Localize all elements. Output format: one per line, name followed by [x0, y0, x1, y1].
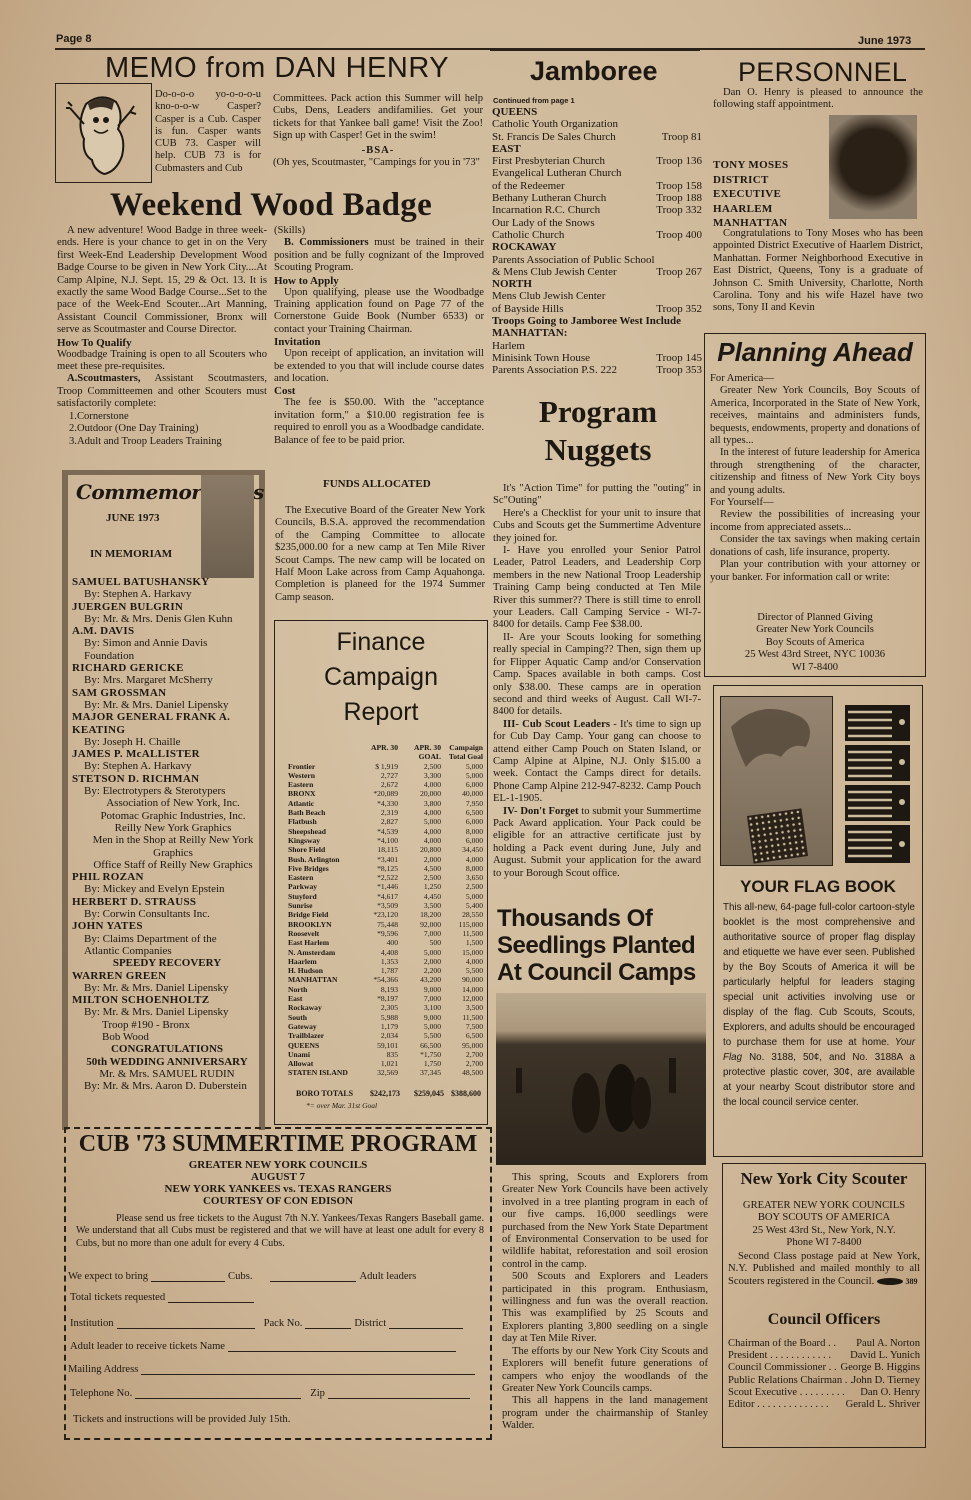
- district-name: Allowat: [288, 1059, 358, 1068]
- jamboree-troop-line: Catholic ChurchTroop 400: [492, 229, 702, 241]
- campaign-goal: 95,000: [441, 1041, 483, 1050]
- cub-form-footer: Tickets and instructions will be provide…: [73, 1414, 290, 1425]
- memorial-by: By: Joseph H. Chaille: [72, 736, 262, 748]
- sponsor-name: NORTH: [492, 278, 532, 290]
- officer-role: Editor . . . . . . . . . . . . . .: [728, 1399, 829, 1411]
- finance-table-row: Sunrise*3,5093,5005,400: [288, 901, 483, 910]
- troop-number: Troop 332: [656, 204, 702, 216]
- jamboree-troop-list: QUEENSCatholic Youth OrganizationSt. Fra…: [492, 106, 702, 377]
- finance-table-row: East Harlem4005001,500: [288, 938, 483, 947]
- req-item: 1.Cornerstone: [57, 411, 267, 423]
- jamboree-troop-line: & Mens Club Jewish CenterTroop 267: [492, 266, 702, 278]
- memorial-name: JAMES P. McALLISTER: [72, 748, 262, 760]
- nuggets-p5-lead: III- Cub Scout Leaders: [503, 719, 610, 730]
- planning-p5: Plan your contribution with your attorne…: [710, 559, 920, 584]
- apr30-amount: *4,617: [358, 892, 398, 901]
- subtitle-line: COURTESY OF CON EDISON: [64, 1195, 492, 1207]
- issue-date: June 1973: [858, 35, 911, 47]
- council-officers-title: Council Officers: [722, 1311, 926, 1329]
- finance-table-row: Parkway*1,4461,2502,500: [288, 882, 483, 891]
- finance-table-row: Frontier$ 1,9192,5005,000: [288, 762, 483, 771]
- officer-row: Council Commissioner . . . . . . .George…: [728, 1362, 920, 1374]
- sponsor-name: Harlem: [492, 340, 525, 352]
- troop-number: Troop 81: [662, 131, 702, 143]
- district-name: North: [288, 985, 358, 994]
- district-name: Trailblazer: [288, 1031, 358, 1040]
- apr30-goal: 18,200: [398, 910, 441, 919]
- memorial-by: By: Stephen A. Harkavy: [72, 760, 262, 772]
- campaign-goal: 15,000: [441, 948, 483, 957]
- campaign-goal: 1,500: [441, 938, 483, 947]
- apr30-amount: 2,727: [358, 771, 398, 780]
- apr30-goal: 5,000: [398, 817, 441, 826]
- district-name: Parkway: [288, 882, 358, 891]
- apr30-goal: 5,000: [398, 948, 441, 957]
- jamboree-troop-line: First Presbyterian ChurchTroop 136: [492, 155, 702, 167]
- program-nuggets-title: Program Nuggets: [492, 393, 704, 469]
- memorial-by: Foundation: [72, 650, 262, 662]
- officer-name: Dan O. Henry: [860, 1387, 920, 1399]
- memo-title: MEMO from DAN HENRY: [105, 52, 449, 85]
- bring-label: We expect to bring: [68, 1271, 148, 1282]
- sponsor-name: Minisink Town House: [492, 352, 590, 364]
- sponsor-name: ROCKAWAY: [492, 241, 556, 253]
- jamboree-section-heading: QUEENS: [492, 106, 702, 118]
- jamboree-troop-line: of Bayside HillsTroop 352: [492, 303, 702, 315]
- woodbadge-intro: A new adventure! Wood Badge in three wee…: [57, 225, 267, 337]
- nuggets-p6: IV- Don't Forget to submit your Summerti…: [493, 806, 701, 880]
- apr30-amount: 32,569: [358, 1068, 398, 1077]
- memorial-by: Association of New York, Inc.: [72, 797, 262, 809]
- apr30-goal: 2,000: [398, 855, 441, 864]
- cubs-label: Cubs.: [228, 1271, 252, 1282]
- apr30-amount: *3,401: [358, 855, 398, 864]
- apr30-amount: 59,101: [358, 1041, 398, 1050]
- address-line: 25 West 43rd Street, NYC 10036: [704, 649, 926, 661]
- apr30-goal: 1,750: [398, 1059, 441, 1068]
- sponsor-name: Troops Going to Jamboree West Include: [492, 315, 681, 327]
- officer-role: President . . . . . . . . . . . .: [728, 1350, 831, 1362]
- campaign-goal: 14,000: [441, 985, 483, 994]
- troop-number: Troop 188: [656, 192, 702, 204]
- cost-heading: Cost: [274, 385, 484, 397]
- subtitle-line: NEW YORK YANKEES vs. TEXAS RANGERS: [64, 1183, 492, 1195]
- officer-row: Public Relations Chairman . . . . .John …: [728, 1375, 920, 1387]
- address-line: Phone WI 7-8400: [722, 1237, 926, 1249]
- campaign-goal: 6,000: [441, 817, 483, 826]
- finance-table-row: East*8,1977,00012,000: [288, 994, 483, 1003]
- nuggets-title-line: Program: [492, 393, 704, 431]
- sponsor-name: Bethany Lutheran Church: [492, 192, 606, 204]
- campaign-goal: 34,450: [441, 845, 483, 854]
- jamboree-section-heading: NORTH: [492, 278, 702, 290]
- sponsor-name: & Mens Club Jewish Center: [492, 266, 617, 278]
- campaign-goal: 5,400: [441, 901, 483, 910]
- officer-role: Council Commissioner . . . . . . .: [728, 1362, 840, 1374]
- apr30-amount: 2,319: [358, 808, 398, 817]
- cub-program-subtitle: GREATER NEW YORK COUNCILS AUGUST 7 NEW Y…: [64, 1159, 492, 1207]
- planning-ahead-body: For America— Greater New York Councils, …: [710, 373, 920, 584]
- apr30-goal: 43,200: [398, 975, 441, 984]
- program-nuggets-body: It's "Action Time" for putting the "outi…: [493, 483, 701, 880]
- jamboree-troop-line: of the RedeemerTroop 158: [492, 180, 702, 192]
- scouts-figures-icon: [496, 993, 706, 1165]
- finance-table-row: Shore Field18,11520,80034,450: [288, 845, 483, 854]
- finance-table-row: Eastern2,6724,0006,000: [288, 780, 483, 789]
- jamboree-section-heading: ROCKAWAY: [492, 241, 702, 253]
- col-header: Campaign Total Goal: [441, 743, 483, 762]
- campaign-goal: 6,000: [441, 836, 483, 845]
- troop-number: Troop 145: [656, 352, 702, 364]
- apr30-amount: *20,089: [358, 789, 398, 798]
- finance-table-row: QUEENS59,10166,50095,000: [288, 1041, 483, 1050]
- sponsor-name: MANHATTAN:: [492, 327, 567, 339]
- memorial-by: By: Corwin Consultants Inc.: [72, 908, 262, 920]
- campaign-goal: 115,000: [441, 920, 483, 929]
- troop-number: Troop 353: [656, 364, 702, 376]
- union-number: 389: [906, 1277, 918, 1286]
- officer-row: President . . . . . . . . . . . .David L…: [728, 1350, 920, 1362]
- apr30-goal: 92,000: [398, 920, 441, 929]
- total-tickets-input[interactable]: [168, 1292, 254, 1303]
- finance-table-row: Bridge Field*23,12018,20028,550: [288, 910, 483, 919]
- apr30-goal: 3,100: [398, 1003, 441, 1012]
- officer-row: Scout Executive . . . . . . . . .Dan O. …: [728, 1387, 920, 1399]
- officer-name: John D. Tierney: [852, 1375, 920, 1387]
- cub-program-title: CUB '73 SUMMERTIME PROGRAM: [64, 1131, 492, 1158]
- campaign-goal: 12,000: [441, 994, 483, 1003]
- campaign-goal: 90,000: [441, 975, 483, 984]
- apr30-amount: *54,366: [358, 975, 398, 984]
- woodbadge-column-1: A new adventure! Wood Badge in three wee…: [57, 225, 267, 448]
- apr30-goal: 2,000: [398, 957, 441, 966]
- apr30-goal: 4,000: [398, 780, 441, 789]
- memorial-by: Potomac Graphic Industries, Inc.: [72, 810, 262, 822]
- jamboree-section-heading: MANHATTAN:: [492, 327, 702, 339]
- officer-row: Chairman of the Board . .Paul A. Norton: [728, 1338, 920, 1350]
- sponsor-name: Our Lady of the Snows: [492, 217, 595, 229]
- district-name: BRONX: [288, 789, 358, 798]
- apr30-goal: 2,500: [398, 762, 441, 771]
- seedlings-p2: 500 Scouts and Explorers and Leaders par…: [502, 1271, 708, 1345]
- apr30-amount: 1,353: [358, 957, 398, 966]
- recovery-by: Bob Wood: [72, 1031, 262, 1043]
- apr30-amount: 1,021: [358, 1059, 398, 1068]
- jamboree-troop-line: Harlem: [492, 340, 702, 352]
- campaign-goal: 4,000: [441, 855, 483, 864]
- jamboree-troop-line: Incarnation R.C. ChurchTroop 332: [492, 204, 702, 216]
- telephone-input[interactable]: [135, 1388, 301, 1399]
- finance-table-row: Bath Beach2,3194,0006,500: [288, 808, 483, 817]
- subtitle-line: GREATER NEW YORK COUNCILS: [64, 1159, 492, 1171]
- totals-campaign: $388,600: [444, 1089, 481, 1098]
- memorial-name: RICHARD GERICKE: [72, 662, 262, 674]
- bring-row: We expect to bring Cubs. Adult leaders: [68, 1271, 416, 1282]
- woodbadge-title: Weekend Wood Badge: [110, 187, 432, 224]
- appointee-line: TONY MOSES: [713, 158, 788, 173]
- campaign-goal: 40,000: [441, 789, 483, 798]
- officer-role: Public Relations Chairman . . . . .: [728, 1375, 852, 1387]
- apr30-goal: 20,800: [398, 845, 441, 854]
- nuggets-p4: II- Are your Scouts looking for somethin…: [493, 632, 701, 719]
- apr30-goal: 3,500: [398, 901, 441, 910]
- campaign-goal: 3,650: [441, 873, 483, 882]
- sponsor-name: Mens Club Jewish Center: [492, 290, 605, 302]
- memorial-by: By: Stephen A. Harkavy: [72, 588, 262, 600]
- req-item: 3.Adult and Troop Leaders Training: [57, 436, 267, 448]
- col-header: APR. 30 GOAL: [398, 743, 441, 762]
- finance-table-row: N. Amsterdam4,4085,00015,000: [288, 948, 483, 957]
- apr30-amount: *9,596: [358, 929, 398, 938]
- district-name: South: [288, 1013, 358, 1022]
- scouter-postage-text: Second Class postage paid at New York, N…: [728, 1251, 920, 1288]
- campaign-goal: 28,550: [441, 910, 483, 919]
- mailing-address-input[interactable]: [141, 1364, 475, 1375]
- finance-title-line: Finance: [274, 625, 488, 660]
- sponsor-name: Parents Association P.S. 222: [492, 364, 617, 376]
- finance-table-row: Eastern*2,5222,5003,650: [288, 873, 483, 882]
- address-line: Greater New York Councils: [704, 624, 926, 636]
- appointee-line: DISTRICT: [713, 173, 788, 188]
- cub-form-instructions: Please send us free tickets to the Augus…: [76, 1213, 484, 1250]
- memorial-name: STETSON D. RICHMAN: [72, 773, 262, 785]
- troop-number: Troop 136: [656, 155, 702, 167]
- planning-p2: In the interest of future leadership for…: [710, 447, 920, 497]
- district-name: BROOKLYN: [288, 920, 358, 929]
- sponsor-name: Catholic Church: [492, 229, 564, 241]
- totals-goal: $259,045: [400, 1089, 444, 1098]
- district-input[interactable]: [389, 1318, 463, 1329]
- jamboree-title: Jamboree: [530, 56, 658, 87]
- recovery-by: By: Mr. & Mrs. Daniel Lipensky: [72, 1006, 262, 1018]
- seedlings-p1: This spring, Scouts and Explorers from G…: [502, 1172, 708, 1271]
- nuggets-p1: It's "Action Time" for putting the "outi…: [493, 483, 701, 508]
- institution-input[interactable]: [117, 1318, 255, 1329]
- apr30-amount: *4,539: [358, 827, 398, 836]
- memorial-by: By: Mrs. Margaret McSherry: [72, 674, 262, 686]
- memorial-name: SAM GROSSMAN: [72, 687, 262, 699]
- jamboree-section-heading: Troops Going to Jamboree West Include: [492, 315, 702, 327]
- adult-leaders-input[interactable]: [270, 1271, 356, 1282]
- memorial-name: HERBERT D. STRAUSS: [72, 896, 262, 908]
- leader-row: Adult leader to receive tickets Name: [70, 1341, 459, 1352]
- leader-name-input[interactable]: [228, 1341, 456, 1352]
- zip-label: Zip: [310, 1388, 325, 1399]
- officer-name: Gerald L. Shriver: [846, 1399, 920, 1411]
- campaign-goal: 48,500: [441, 1068, 483, 1077]
- commemoratives-list: SAMUEL BATUSHANSKY By: Stephen A. Harkav…: [72, 576, 262, 1092]
- memorial-by: By: Mr. & Mrs. Daniel Lipensky: [72, 699, 262, 711]
- campaign-goal: 4,000: [441, 957, 483, 966]
- sponsor-name: Catholic Youth Organization: [492, 118, 618, 130]
- campaign-goal: 5,500: [441, 966, 483, 975]
- statue-icon: [201, 475, 254, 578]
- memorial-by: By: Mickey and Evelyn Epstein: [72, 883, 262, 895]
- flag-wordmark-icon: [840, 700, 915, 870]
- finance-table-row: Sheepshead*4,5394,0008,000: [288, 827, 483, 836]
- apr30-goal: 7,000: [398, 929, 441, 938]
- zip-input[interactable]: [328, 1388, 470, 1399]
- officer-row: Editor . . . . . . . . . . . . . .Gerald…: [728, 1399, 920, 1411]
- jamboree-section-heading: EAST: [492, 143, 702, 155]
- cost-text: The fee is $50.00. With the "acceptance …: [274, 397, 484, 447]
- totals-apr30: $242,173: [362, 1089, 400, 1098]
- finance-table-row: Gateway1,1795,0007,500: [288, 1022, 483, 1031]
- memorial-by: By: Mr. & Mrs. Denis Glen Kuhn: [72, 613, 262, 625]
- recovery-name: MILTON SCHOENHOLTZ: [72, 994, 262, 1006]
- apr30-goal: 1,250: [398, 882, 441, 891]
- pack-label: Pack No.: [264, 1318, 303, 1329]
- apr30-amount: 5,988: [358, 1013, 398, 1022]
- seedlings-body: This spring, Scouts and Explorers from G…: [502, 1172, 708, 1433]
- flag-body-text: No. 3188, 50¢, and No. 3188A a protectiv…: [723, 1052, 915, 1108]
- invitation-text: Upon receipt of application, an invitati…: [274, 348, 484, 385]
- apr30-amount: 2,827: [358, 817, 398, 826]
- apr30-goal: 66,500: [398, 1041, 441, 1050]
- flag-book-title: YOUR FLAG BOOK: [713, 877, 923, 897]
- memorial-name: A.M. DAVIS: [72, 625, 262, 637]
- pack-number-input[interactable]: [305, 1318, 351, 1329]
- memorial-by: Office Staff of Reilly New Graphics: [72, 859, 262, 871]
- recovery-by: By: Mr. & Mrs. Daniel Lipensky: [72, 982, 262, 994]
- district-name: Western: [288, 771, 358, 780]
- district-name: Bush. Arlington: [288, 855, 358, 864]
- jamboree-troop-line: Parents Association of Public School: [492, 254, 702, 266]
- district-name: Sheepshead: [288, 827, 358, 836]
- boro-totals-row: BORO TOTALS $242,173 $259,045 $388,600: [296, 1089, 481, 1098]
- campaign-goal: 11,500: [441, 1013, 483, 1022]
- col-header: [288, 743, 358, 762]
- jamboree-troop-line: Mens Club Jewish Center: [492, 290, 702, 302]
- finance-table-row: H. Hudson1,7872,2005,500: [288, 966, 483, 975]
- sponsor-name: QUEENS: [492, 106, 537, 118]
- district-name: Five Bridges: [288, 864, 358, 873]
- telephone-label: Telephone No.: [70, 1388, 132, 1399]
- institution-row: Institution Pack No. District: [70, 1318, 466, 1329]
- jamboree-troop-line: Catholic Youth Organization: [492, 118, 702, 130]
- nuggets-p5-text: - It's time to sign up for Cub Day Camp.…: [493, 719, 701, 804]
- finance-table-row: North8,1939,00014,000: [288, 985, 483, 994]
- memo-text: Committees. Pack action this Summer will…: [273, 93, 483, 143]
- apr30-goal: 37,345: [398, 1068, 441, 1077]
- tree-planting-photo: [496, 993, 706, 1165]
- apr30-goal: 4,000: [398, 827, 441, 836]
- address-line: Director of Planned Giving: [704, 612, 926, 624]
- officer-name: George B. Higgins: [840, 1362, 920, 1374]
- campaign-goal: 6,000: [441, 780, 483, 789]
- union-bug-icon: [877, 1278, 903, 1285]
- apr30-goal: 9,000: [398, 1013, 441, 1022]
- memorial-by: By: Claims Department of the: [72, 933, 262, 945]
- troop-number: Troop 158: [656, 180, 702, 192]
- appointee-line: EXECUTIVE: [713, 187, 788, 202]
- memorial-name: JUERGEN BULGRIN: [72, 601, 262, 613]
- finance-table: APR. 30 APR. 30 GOAL Campaign Total Goal…: [288, 743, 483, 1078]
- address-line: 25 West 43rd St., New York, N.Y.: [722, 1225, 926, 1237]
- apr30-amount: 75,448: [358, 920, 398, 929]
- scouter-title: New York City Scouter: [722, 1169, 926, 1189]
- apr30-goal: 4,000: [398, 808, 441, 817]
- nuggets-p5: III- Cub Scout Leaders - It's time to si…: [493, 719, 701, 806]
- memo-column-1: Do-o-o-o yo-o-o-o-u kno-o-o-w Casper? Ca…: [155, 89, 261, 175]
- speedy-recovery-heading: SPEEDY RECOVERY: [72, 957, 262, 969]
- apr30-goal: 3,800: [398, 799, 441, 808]
- appointee-line: HAARLEM: [713, 202, 788, 217]
- seedlings-title-line: Seedlings Planted: [497, 932, 696, 959]
- totals-label: BORO TOTALS: [296, 1089, 362, 1098]
- district-name: N. Amsterdam: [288, 948, 358, 957]
- total-tickets-row: Total tickets requested: [70, 1292, 257, 1303]
- apr30-amount: 1,787: [358, 966, 398, 975]
- recovery-name: WARREN GREEN: [72, 970, 262, 982]
- apr30-amount: 4,408: [358, 948, 398, 957]
- jamboree-troop-line: St. Francis De Sales ChurchTroop 81: [492, 131, 702, 143]
- district-name: Eastern: [288, 780, 358, 789]
- sponsor-name: of the Redeemer: [492, 180, 565, 192]
- seedlings-title-line: Thousands Of: [497, 905, 696, 932]
- apr30-goal: 5,500: [398, 1031, 441, 1040]
- apr30-goal: 500: [398, 938, 441, 947]
- apply-heading: How to Apply: [274, 275, 484, 287]
- district-name: Bridge Field: [288, 910, 358, 919]
- finance-table-row: Trailblazer2,0345,5006,500: [288, 1031, 483, 1040]
- jamboree-troop-line: Our Lady of the Snows: [492, 217, 702, 229]
- district-name: Atlantic: [288, 799, 358, 808]
- address-line: Boy Scouts of America: [704, 637, 926, 649]
- finance-title-line: Report: [274, 695, 488, 730]
- planning-h2: For Yourself—: [710, 497, 920, 509]
- qualify-a-lead: A.Scoutmasters,: [67, 373, 141, 384]
- portrait-photo: [829, 115, 917, 219]
- finance-table-row: South5,9889,00011,500: [288, 1013, 483, 1022]
- apr30-goal: 5,000: [398, 1022, 441, 1031]
- campaign-goal: 2,500: [441, 882, 483, 891]
- apr30-amount: *1,446: [358, 882, 398, 891]
- cubs-count-input[interactable]: [151, 1271, 225, 1282]
- apr30-amount: *2,522: [358, 873, 398, 882]
- memorial-name: PHIL ROZAN: [72, 871, 262, 883]
- apr30-amount: 2,034: [358, 1031, 398, 1040]
- casper-ghost-icon: [56, 84, 150, 180]
- campaign-goal: 8,000: [441, 864, 483, 873]
- apr30-amount: 835: [358, 1050, 398, 1059]
- officer-name: Paul A. Norton: [856, 1338, 920, 1350]
- address-row: Mailing Address: [68, 1364, 478, 1375]
- council-officers-list: Chairman of the Board . .Paul A. NortonP…: [728, 1338, 920, 1411]
- memo-column-2: Committees. Pack action this Summer will…: [273, 93, 483, 169]
- campaign-goal: 3,500: [441, 1003, 483, 1012]
- district-name: Eastern: [288, 873, 358, 882]
- address-line: BOY SCOUTS OF AMERICA: [722, 1212, 926, 1224]
- apr30-amount: *23,120: [358, 910, 398, 919]
- nuggets-title-line: Nuggets: [492, 431, 704, 469]
- institution-label: Institution: [70, 1318, 114, 1329]
- apr30-goal: 2,200: [398, 966, 441, 975]
- qualify-text: Woodbadge Training is open to all Scoute…: [57, 349, 267, 374]
- jamboree-rule: [490, 50, 700, 51]
- sponsor-name: Evangelical Lutheran Church: [492, 167, 622, 179]
- woodbadge-column-2: (Skills) B. Commissioners must be traine…: [274, 225, 484, 447]
- memorial-name: SAMUEL BATUSHANSKY: [72, 576, 262, 588]
- apr30-goal: 7,000: [398, 994, 441, 1003]
- district-name: East Harlem: [288, 938, 358, 947]
- sponsor-name: Incarnation R.C. Church: [492, 204, 600, 216]
- finance-table-row: Roosevelt*9,5967,00011,500: [288, 929, 483, 938]
- district-name: STATEN ISLAND: [288, 1068, 358, 1077]
- nuggets-p3: I- Have you enrolled your Senior Patrol …: [493, 545, 701, 632]
- memorial-name: MAJOR GENERAL FRANK A. KEATING: [72, 711, 262, 736]
- apr30-amount: 2,305: [358, 1003, 398, 1012]
